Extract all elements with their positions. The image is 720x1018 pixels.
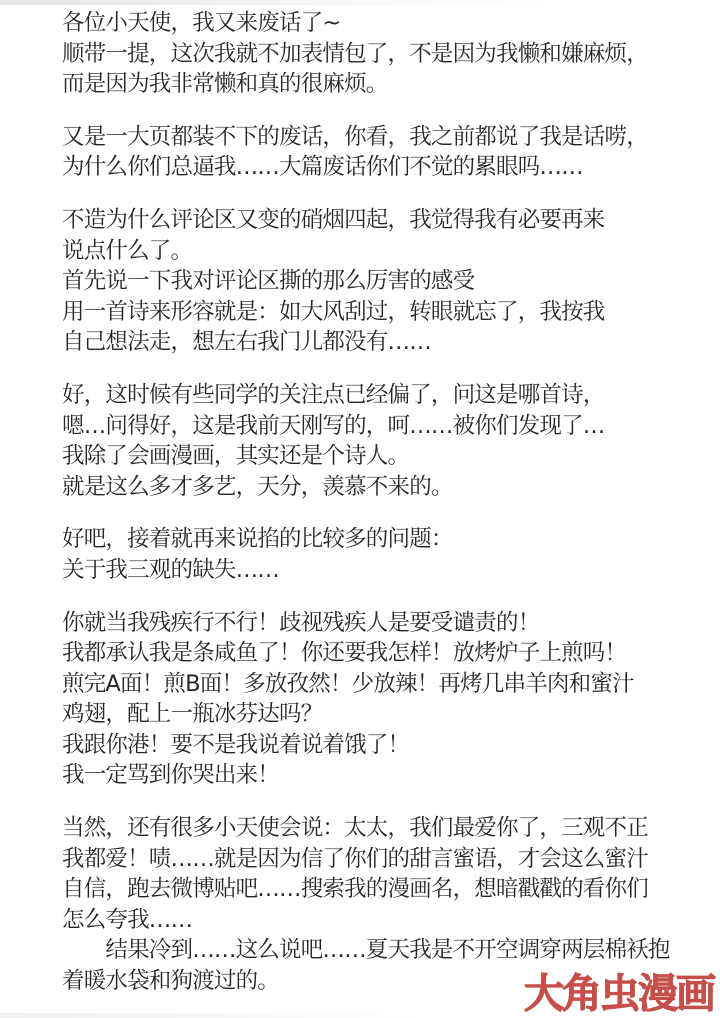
text-line: 好，这时候有些同学的关注点已经偏了，问这是哪首诗，: [62, 380, 680, 411]
text-line: 自己想法走，想左右我门儿都没有……: [62, 327, 680, 358]
text-line: 自信，跑去微博贴吧……搜索我的漫画名，想暗戳戳的看你们: [62, 874, 680, 905]
text-line: 又是一大页都装不下的废话，你看，我之前都说了我是话唠，: [62, 122, 680, 153]
text-line: 煎完A面！煎B面！多放孜然！少放辣！再烤几串羊肉和蜜汁: [62, 669, 680, 700]
text-line: 就是这么多才多艺，天分，羡慕不来的。: [62, 472, 680, 503]
scan-artifact-top: [0, 0, 562, 5]
text-line: 鸡翅，配上一瓶冰芬达吗？: [62, 699, 680, 730]
text-line: 当然，还有很多小天使会说：太太，我们最爱你了，三观不正: [62, 813, 680, 844]
paragraph-topic: 好吧，接着就再来说掐的比较多的问题： 关于我三观的缺失……: [62, 524, 680, 585]
text-line: 嗯…问得好，这是我前天刚写的，呵……被你们发现了…: [62, 411, 680, 442]
letter-text: 各位小天使，我又来废话了~ 顺带一提，这次我就不加表情包了，不是因为我懒和嫌麻烦…: [62, 8, 680, 1018]
text-line: 用一首诗来形容就是：如大风刮过，转眼就忘了，我按我: [62, 297, 680, 328]
text-line: 怎么夸我……: [62, 905, 680, 936]
text-line: 说点什么了。: [62, 236, 680, 267]
text-line: 好吧，接着就再来说掐的比较多的问题：: [62, 524, 680, 555]
text-line: 首先说一下我对评论区撕的那么厉害的感受: [62, 266, 680, 297]
text-line: 我都承认我是条咸鱼了！你还要我怎样！放烤炉子上煎吗！: [62, 638, 680, 669]
paragraph-comments: 不造为什么评论区又变的硝烟四起，我觉得我有必要再来 说点什么了。 首先说一下我对…: [62, 205, 680, 358]
text-line: 不造为什么评论区又变的硝烟四起，我觉得我有必要再来: [62, 205, 680, 236]
text-line: 关于我三观的缺失……: [62, 555, 680, 586]
text-line: 结果冷到……这么说吧……夏天我是不开空调穿两层棉袄抱: [62, 935, 680, 966]
paragraph-chatter: 又是一大页都装不下的废话，你看，我之前都说了我是话唠， 为什么你们总逼我……大篇…: [62, 122, 680, 183]
text-line: 顺带一提，这次我就不加表情包了，不是因为我懒和嫌麻烦，: [62, 39, 680, 70]
text-line: 为什么你们总逼我……大篇废话你们不觉的累眼吗……: [62, 152, 680, 183]
paragraph-rant: 你就当我残疾行不行！歧视残疾人是要受谴责的！ 我都承认我是条咸鱼了！你还要我怎样…: [62, 608, 680, 792]
text-line: 我跟你港！要不是我说着说着饿了！: [62, 730, 680, 761]
text-line: 我除了会画漫画，其实还是个诗人。: [62, 441, 680, 472]
text-line: 你就当我残疾行不行！歧视残疾人是要受谴责的！: [62, 608, 680, 639]
dajiaochong-comics-watermark: 大角虫漫画: [524, 974, 714, 1014]
text-line: 而是因为我非常懒和真的很麻烦。: [62, 69, 680, 100]
paragraph-poem: 好，这时候有些同学的关注点已经偏了，问这是哪首诗， 嗯…问得好，这是我前天刚写的…: [62, 380, 680, 502]
text-line: 各位小天使，我又来废话了~: [62, 8, 680, 39]
text-line: 我都爱！啧……就是因为信了你们的甜言蜜语，才会这么蜜汁: [62, 844, 680, 875]
paragraph-closing: 当然，还有很多小天使会说：太太，我们最爱你了，三观不正 我都爱！啧……就是因为信…: [62, 813, 680, 997]
text-line: 我一定骂到你哭出来！: [62, 760, 680, 791]
paragraph-intro: 各位小天使，我又来废话了~ 顺带一提，这次我就不加表情包了，不是因为我懒和嫌麻烦…: [62, 8, 680, 100]
author-note-page: 各位小天使，我又来废话了~ 顺带一提，这次我就不加表情包了，不是因为我懒和嫌麻烦…: [0, 0, 720, 1018]
